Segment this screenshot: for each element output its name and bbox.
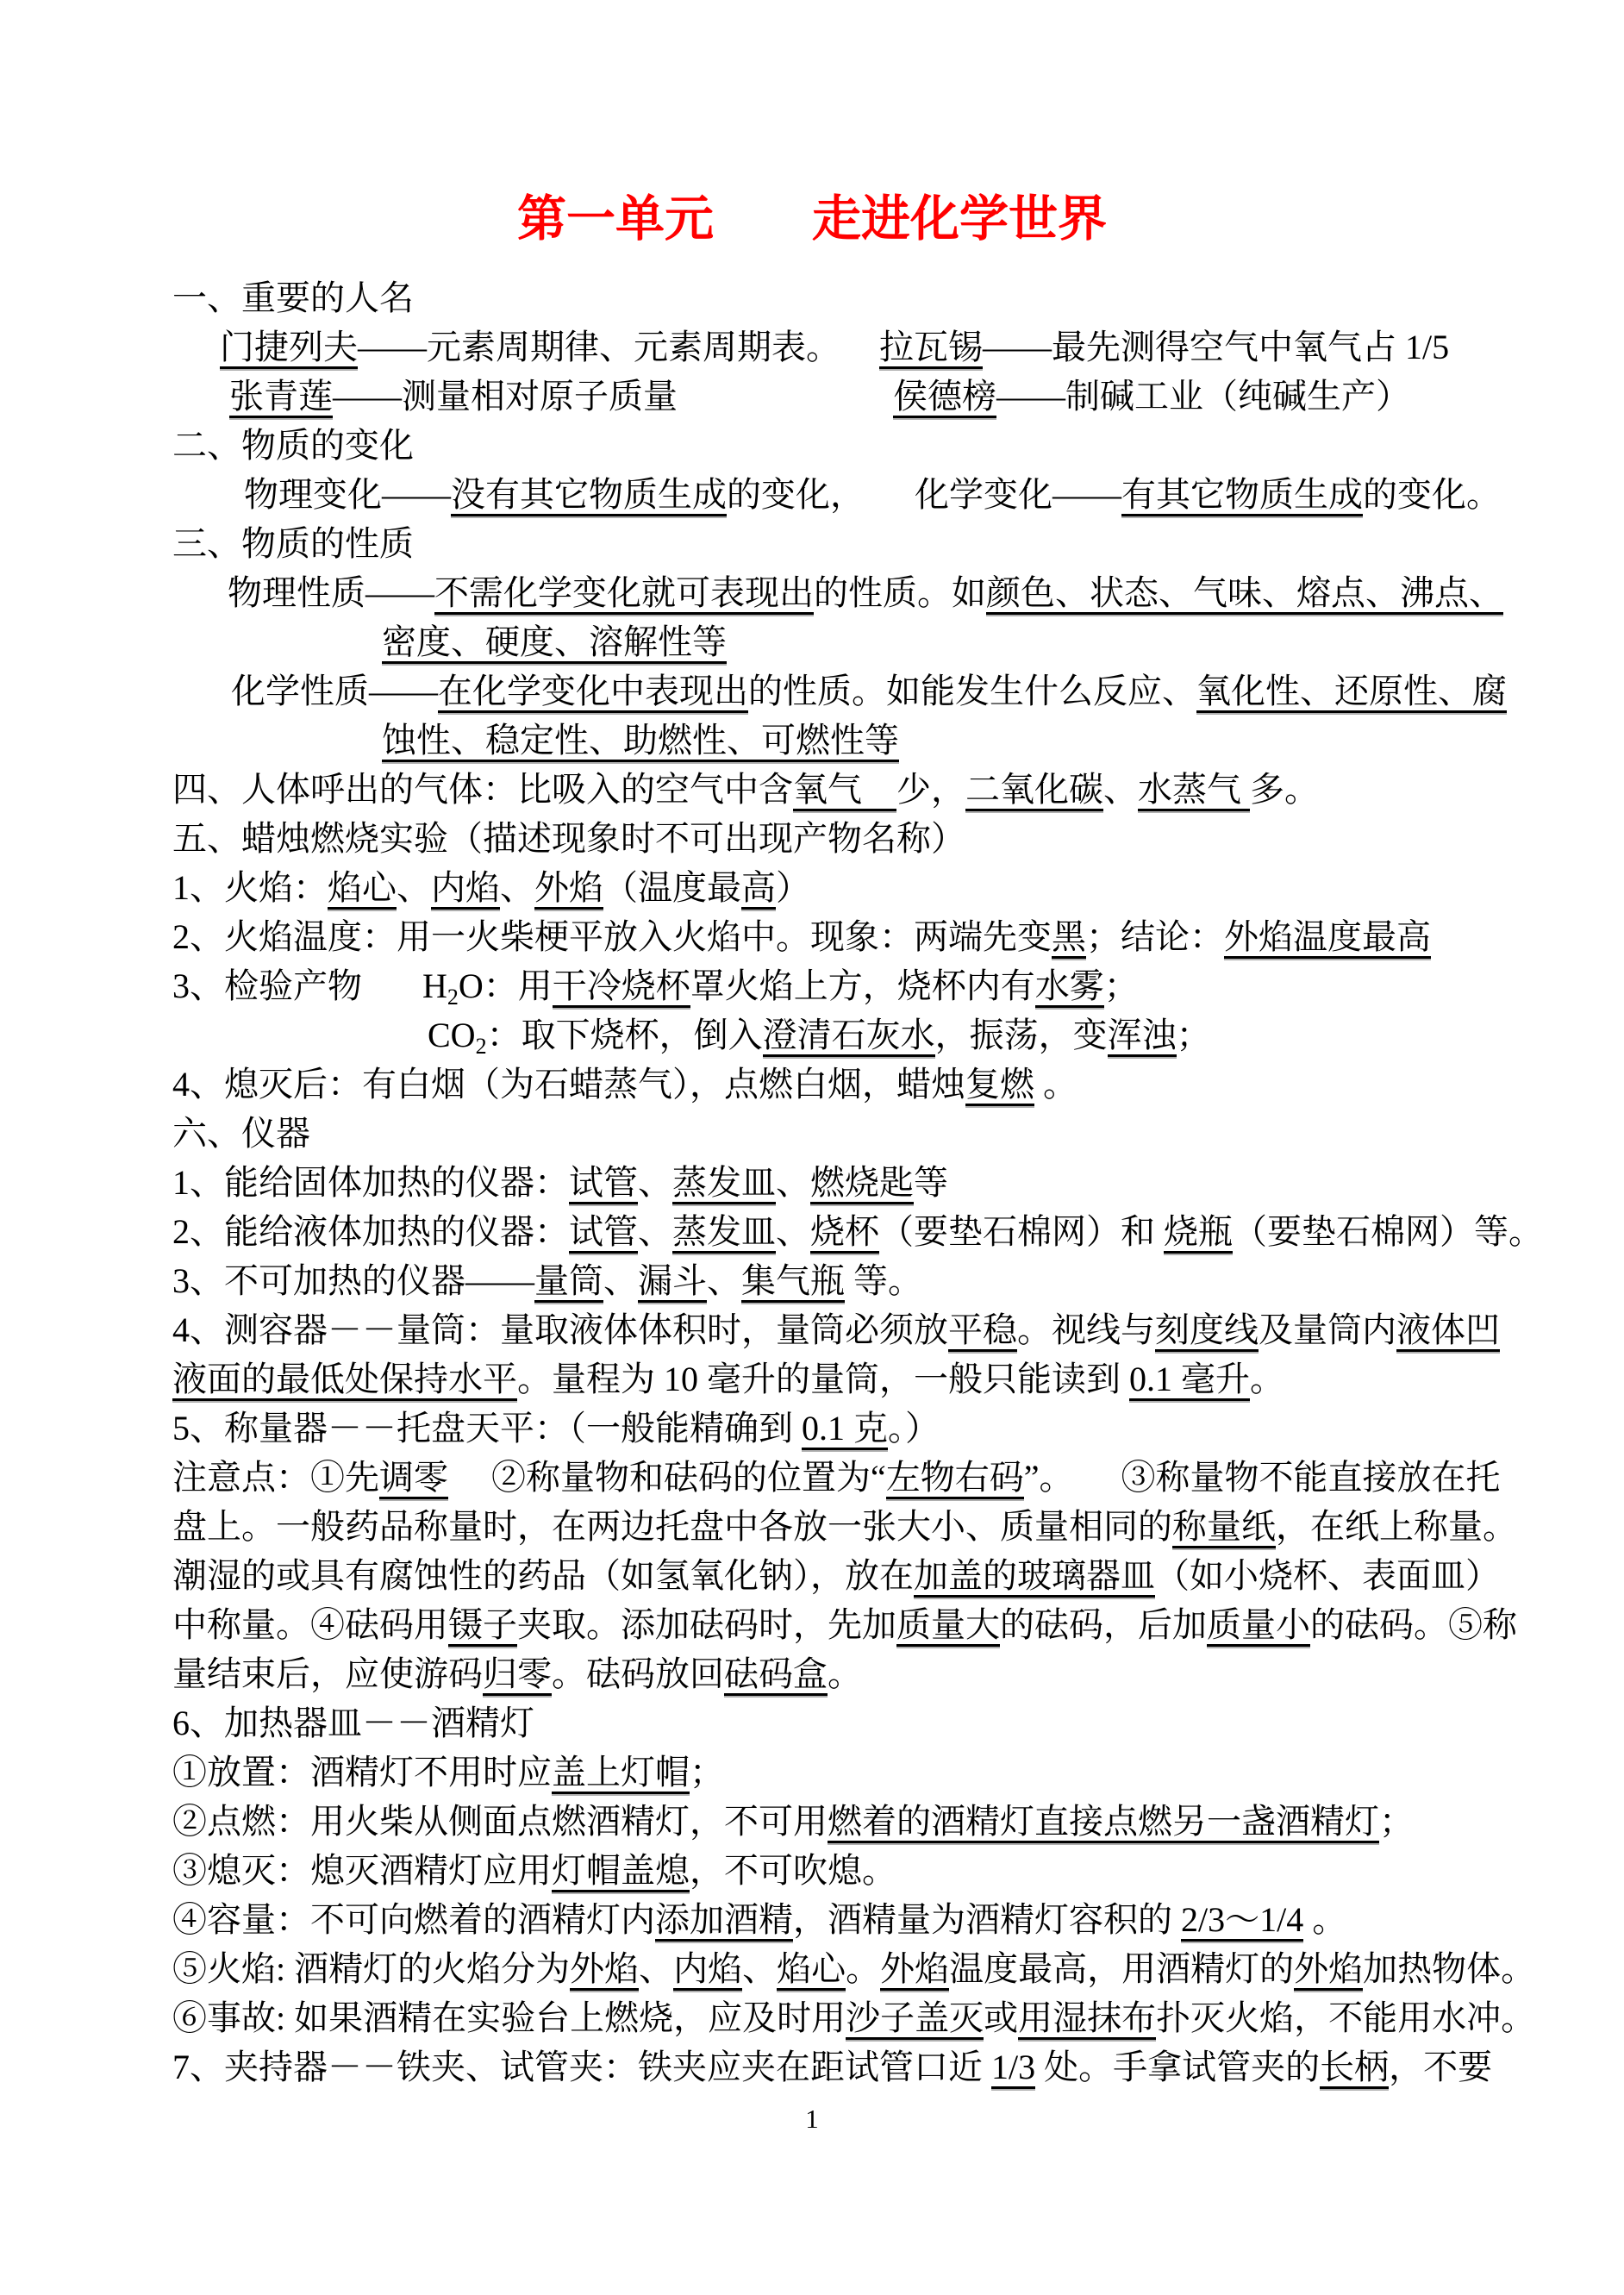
text-line: 量结束后，应使游码归零。砝码放回砝码盒。 — [172, 1649, 1503, 1698]
text-segment: 盘上。一般药品称量时，在两边托盘中各放一张大小、质量相同的 — [172, 1507, 1172, 1546]
text-line: ③熄灭：熄灭酒精灯应用灯帽盖熄，不可吹熄。 — [172, 1846, 1503, 1895]
text-segment: 、 — [603, 1261, 638, 1300]
underlined-text: 浑浊 — [1108, 1016, 1177, 1057]
document-page: 第一单元 走进化学世界 一、重要的人名门捷列夫——元素周期律、元素周期表。拉瓦锡… — [0, 0, 1624, 2295]
text-segment: 7、夹持器－－铁夹、试管夹：铁夹应夹在距试管口近 — [172, 2048, 991, 2086]
underlined-text: 液面的最低处保持水平 — [172, 1360, 517, 1401]
underlined-text: 质量大 — [896, 1605, 1000, 1647]
underlined-text: 蒸发皿 — [672, 1212, 776, 1254]
underlined-text: 氧气 — [793, 770, 896, 811]
text-line: 六、仪器 — [172, 1109, 1503, 1158]
underlined-text: 在化学变化中表现出 — [438, 672, 748, 713]
underlined-text: 焰心 — [328, 868, 397, 910]
underlined-text: 盖上灯帽 — [552, 1753, 690, 1794]
underlined-text: 1/3 — [991, 2048, 1035, 2089]
underlined-text: 有其它物质生成 — [1121, 475, 1363, 516]
underlined-text: 外焰 — [880, 1949, 949, 1991]
text-segment: ） — [776, 868, 810, 907]
text-segment: ，在纸上称量。 — [1276, 1507, 1517, 1546]
text-segment: （要垫石棉网）等。 — [1233, 1212, 1543, 1251]
text-segment: ； — [1177, 1016, 1211, 1054]
text-segment: ⑤火焰: 酒精灯的火焰分为 — [172, 1949, 570, 1988]
text-line: 注意点：①先调零②称量物和砝码的位置为“左物右码”。③称量物不能直接放在托 — [172, 1453, 1503, 1502]
text-segment: 、 — [638, 1212, 672, 1251]
text-segment: 、 — [742, 1949, 777, 1988]
text-segment: 三、物质的性质 — [172, 524, 414, 563]
text-segment: 五、蜡烛燃烧实验（描述现象时不可出现产物名称） — [172, 819, 965, 858]
text-line: 1、能给固体加热的仪器：试管、蒸发皿、燃烧匙等 — [172, 1158, 1503, 1207]
text-line: ④容量：不可向燃着的酒精灯内添加酒精，酒精量为酒精灯容积的 2/3～1/4 。 — [172, 1895, 1503, 1944]
text-segment: ；结论： — [1086, 917, 1224, 956]
text-segment: 、 — [776, 1163, 810, 1202]
text-segment: 。 — [1303, 1900, 1346, 1939]
underlined-text: 刻度线 — [1155, 1310, 1259, 1352]
underlined-text: 水蒸气 — [1138, 770, 1250, 811]
underlined-text: 0.1 毫升 — [1129, 1360, 1250, 1401]
text-segment: ②称量物和砝码的位置为“ — [491, 1458, 886, 1497]
text-segment: ——制碱工业（纯碱生产） — [996, 377, 1410, 416]
text-segment: ①放置：酒精灯不用时应 — [172, 1753, 552, 1792]
underlined-text: 黑 — [1052, 917, 1086, 959]
text-line: 三、物质的性质 — [172, 519, 1503, 568]
text-segment: 注意点：①先 — [172, 1458, 379, 1497]
text-segment: 温度最高，用酒精灯的 — [949, 1949, 1294, 1988]
underlined-text: 内焰 — [431, 868, 500, 910]
text-segment: 化学性质—— — [231, 672, 438, 710]
underlined-text: 左物右码 — [886, 1458, 1024, 1499]
text-segment: 多。 — [1250, 770, 1319, 809]
subscript-text: 2 — [447, 985, 459, 1010]
text-segment: 或 — [984, 1998, 1018, 2037]
text-segment: 的性质。如 — [814, 573, 986, 612]
text-line: 4、熄灭后：有白烟（为石蜡蒸气），点燃白烟，蜡烛复燃 。 — [172, 1060, 1503, 1109]
text-line: 化学性质——在化学变化中表现出的性质。如能发生什么反应、氧化性、还原性、腐 — [172, 666, 1503, 716]
underlined-text: 烧瓶 — [1164, 1212, 1233, 1254]
text-segment: 5、称量器－－托盘天平：（一般能精确到 — [172, 1409, 802, 1448]
underlined-text: 外焰 — [534, 868, 603, 910]
text-segment: 、 — [500, 868, 534, 907]
underlined-text: 侯德榜 — [893, 377, 996, 418]
spacer — [448, 1488, 491, 1489]
text-segment: 。砝码放回 — [552, 1654, 724, 1693]
underlined-text: 复燃 — [965, 1065, 1034, 1106]
text-line: 一、重要的人名 — [172, 273, 1503, 322]
underlined-text: 用湿抹布 — [1018, 1998, 1156, 2040]
text-segment: 。量程为 10 毫升的量筒，一般只能读到 — [517, 1360, 1129, 1398]
text-line: 蚀性、稳定性、助燃性、可燃性等 — [172, 716, 1503, 765]
underlined-text: 称量纸 — [1172, 1507, 1276, 1548]
text-segment: 扑灭火焰，不能用水冲。 — [1156, 1998, 1535, 2037]
underlined-text: 不需化学变化就可表现出 — [434, 573, 814, 615]
underlined-text: 试管 — [569, 1212, 638, 1254]
underlined-text: 镊子 — [448, 1605, 517, 1647]
underlined-text: 试管 — [569, 1163, 638, 1204]
text-line: 2、能给液体加热的仪器：试管、蒸发皿、烧杯（要垫石棉网）和 烧瓶（要垫石棉网）等… — [172, 1207, 1503, 1256]
text-segment: 。视线与 — [1017, 1310, 1155, 1349]
underlined-text: 漏斗 — [638, 1261, 707, 1303]
text-segment: （温度最 — [603, 868, 741, 907]
underlined-text: 内焰 — [673, 1949, 742, 1991]
text-segment: ③称量物不能直接放在托 — [1121, 1458, 1501, 1497]
underlined-text: 烧杯 — [810, 1212, 879, 1254]
text-segment: 。 — [846, 1949, 880, 1988]
text-segment: ，酒精量为酒精灯容积的 — [793, 1900, 1181, 1939]
text-segment: ，不可吹熄。 — [690, 1851, 896, 1890]
text-segment: 二、物质的变化 — [172, 426, 414, 465]
underlined-text: 蒸发皿 — [672, 1163, 776, 1204]
text-line: 张青莲——测量相对原子质量侯德榜——制碱工业（纯碱生产） — [172, 372, 1503, 421]
text-segment: 、 — [638, 1163, 672, 1202]
text-segment: 。 — [828, 1654, 862, 1693]
underlined-text: 澄清石灰水 — [763, 1016, 935, 1057]
underlined-text: 外焰 — [570, 1949, 639, 1991]
underlined-text: 没有其它物质生成 — [451, 475, 727, 516]
text-line: 1、火焰：焰心、内焰、外焰（温度最高） — [172, 863, 1503, 912]
text-line: 四、人体呼出的气体：比吸入的空气中含氧气 少，二氧化碳、水蒸气 多。 — [172, 765, 1503, 814]
underlined-text: 高 — [741, 868, 776, 910]
text-segment: ； — [1379, 1802, 1414, 1841]
text-segment: ——测量相对原子质量 — [333, 377, 678, 416]
text-line: 5、称量器－－托盘天平：（一般能精确到 0.1 克。） — [172, 1404, 1503, 1453]
text-line: 3、检验产物H2O：用干冷烧杯罩火焰上方，烧杯内有水雾； — [172, 961, 1503, 1010]
text-segment: 4、熄灭后：有白烟（为石蜡蒸气），点燃白烟，蜡烛 — [172, 1065, 965, 1104]
page-title: 第一单元 走进化学世界 — [0, 0, 1624, 254]
text-segment: 化学变化—— — [915, 475, 1121, 514]
text-segment: 物理变化—— — [244, 475, 451, 514]
text-segment: 等 — [914, 1163, 948, 1202]
text-segment: 一、重要的人名 — [172, 278, 414, 317]
underlined-text: 二氧化碳 — [965, 770, 1103, 811]
text-segment: 、 — [639, 1949, 673, 1988]
text-segment: 处。手拿试管夹的 — [1035, 2048, 1320, 2086]
text-segment: ：取下烧杯，倒入 — [487, 1016, 763, 1054]
underlined-text: 燃烧匙 — [810, 1163, 914, 1204]
text-segment: 2、能给液体加热的仪器： — [172, 1212, 569, 1251]
underlined-text: 砝码盒 — [724, 1654, 828, 1696]
page-number: 1 — [0, 2102, 1624, 2136]
spacer — [840, 358, 879, 359]
underlined-text: 沙子盖灭 — [846, 1998, 984, 2040]
text-segment: （如小烧杯、表面皿） — [1155, 1556, 1500, 1595]
text-segment: 的变化， — [727, 475, 865, 514]
spacer — [362, 997, 422, 997]
text-segment: 、 — [1103, 770, 1138, 809]
text-line: ⑤火焰: 酒精灯的火焰分为外焰、内焰、焰心。外焰温度最高，用酒精灯的外焰加热物体… — [172, 1944, 1503, 1993]
underlined-text: 灯帽盖熄 — [552, 1851, 690, 1892]
text-segment: ——最先测得空气中氧气占 1/5 — [983, 328, 1449, 366]
underlined-text: 燃着的酒精灯直接点燃另一盏酒精灯 — [828, 1802, 1379, 1843]
spacer — [1074, 1488, 1121, 1489]
text-segment: ，振荡，变 — [935, 1016, 1108, 1054]
underlined-text: 长柄 — [1320, 2048, 1389, 2089]
text-segment: 的砝码。⑤称 — [1310, 1605, 1517, 1644]
text-line: 门捷列夫——元素周期律、元素周期表。拉瓦锡——最先测得空气中氧气占 1/5 — [172, 322, 1503, 372]
text-segment: 4、测容器－－量筒：量取液体体积时，量筒必须放 — [172, 1310, 948, 1349]
underlined-text: 外焰 — [1294, 1949, 1363, 1991]
text-segment: 。 — [1034, 1065, 1077, 1104]
text-line: 7、夹持器－－铁夹、试管夹：铁夹应夹在距试管口近 1/3 处。手拿试管夹的长柄，… — [172, 2042, 1503, 2092]
text-segment: 物理性质—— — [228, 573, 434, 612]
text-line: 中称量。④砝码用镊子夹取。添加砝码时，先加质量大的砝码，后加质量小的砝码。⑤称 — [172, 1600, 1503, 1649]
text-segment: 1、能给固体加热的仪器： — [172, 1163, 569, 1202]
underlined-text: 氧化性、还原性、腐 — [1196, 672, 1507, 713]
text-line: CO2：取下烧杯，倒入澄清石灰水，振荡，变浑浊； — [172, 1010, 1503, 1060]
text-segment: 四、人体呼出的气体：比吸入的空气中含 — [172, 770, 793, 809]
text-line: 潮湿的或具有腐蚀性的药品（如氢氧化钠），放在加盖的玻璃器皿（如小烧杯、表面皿） — [172, 1551, 1503, 1600]
text-segment: 量结束后，应使游码 — [172, 1654, 483, 1693]
underlined-text: 质量小 — [1207, 1605, 1310, 1647]
underlined-text: 外焰温度最高 — [1224, 917, 1431, 959]
text-segment: 少， — [896, 770, 965, 809]
text-line: 3、不可加热的仪器——量筒、漏斗、集气瓶 等。 — [172, 1256, 1503, 1305]
text-line: 二、物质的变化 — [172, 421, 1503, 470]
text-segment: 。 — [1250, 1360, 1284, 1398]
text-segment: 加热物体。 — [1363, 1949, 1535, 1988]
text-line: ②点燃：用火柴从侧面点燃酒精灯，不可用燃着的酒精灯直接点燃另一盏酒精灯； — [172, 1797, 1503, 1846]
underlined-text: 0.1 克 — [802, 1409, 888, 1450]
underlined-text: 水雾 — [1035, 966, 1104, 1008]
text-segment: 罩火焰上方，烧杯内有 — [690, 966, 1035, 1005]
text-segment: H — [422, 966, 447, 1005]
text-line: 6、加热器皿－－酒精灯 — [172, 1698, 1503, 1748]
text-segment: 、 — [707, 1261, 741, 1300]
text-segment: 夹取。添加砝码时，先加 — [517, 1605, 896, 1644]
text-segment: 等。 — [845, 1261, 922, 1300]
text-line: 五、蜡烛燃烧实验（描述现象时不可出现产物名称） — [172, 814, 1503, 863]
underlined-text: 干冷烧杯 — [553, 966, 690, 1008]
text-segment: ； — [690, 1753, 724, 1792]
underlined-text: 张青莲 — [229, 377, 333, 418]
text-segment: 的性质。如能发生什么反应、 — [748, 672, 1196, 710]
text-segment: ； — [1104, 966, 1139, 1005]
subscript-text: 2 — [476, 1034, 487, 1059]
underlined-text: 归零 — [483, 1654, 552, 1696]
text-segment: ”。 — [1024, 1458, 1074, 1497]
text-segment: 中称量。④砝码用 — [172, 1605, 448, 1644]
text-segment: 的砝码，后加 — [1000, 1605, 1207, 1644]
text-segment: 六、仪器 — [172, 1114, 310, 1153]
text-line: 密度、硬度、溶解性等 — [172, 617, 1503, 666]
underlined-text: 量筒 — [534, 1261, 603, 1303]
text-line: 液面的最低处保持水平。量程为 10 毫升的量筒，一般只能读到 0.1 毫升。 — [172, 1354, 1503, 1404]
text-segment: 3、检验产物 — [172, 966, 362, 1005]
document-body: 一、重要的人名门捷列夫——元素周期律、元素周期表。拉瓦锡——最先测得空气中氧气占… — [0, 273, 1624, 2092]
text-segment: 、 — [776, 1212, 810, 1251]
text-segment: 。） — [888, 1409, 940, 1448]
underlined-text: 调零 — [379, 1458, 448, 1499]
text-segment: 1、火焰： — [172, 868, 328, 907]
text-line: 盘上。一般药品称量时，在两边托盘中各放一张大小、质量相同的称量纸，在纸上称量。 — [172, 1502, 1503, 1551]
underlined-text: 门捷列夫 — [220, 328, 358, 369]
text-segment: CO — [428, 1016, 476, 1054]
underlined-text: 2/3～1/4 — [1181, 1900, 1303, 1942]
underlined-text: 颜色、状态、气味、熔点、沸点、 — [986, 573, 1503, 615]
underlined-text: 添加酒精 — [655, 1900, 793, 1942]
text-segment: 及量筒内 — [1259, 1310, 1396, 1349]
spacer — [865, 505, 915, 506]
text-segment: 、 — [397, 868, 431, 907]
text-segment: 6、加热器皿－－酒精灯 — [172, 1704, 534, 1742]
text-segment: 的变化。 — [1363, 475, 1501, 514]
text-segment: 2、火焰温度：用一火柴梗平放入火焰中。现象：两端先变 — [172, 917, 1052, 956]
text-segment: （要垫石棉网）和 — [879, 1212, 1164, 1251]
text-line: 4、测容器－－量筒：量取液体体积时，量筒必须放平稳。视线与刻度线及量筒内液体凹 — [172, 1305, 1503, 1354]
text-segment: O：用 — [459, 966, 553, 1005]
text-segment: ②点燃：用火柴从侧面点燃酒精灯，不可用 — [172, 1802, 828, 1841]
underlined-text: 集气瓶 — [741, 1261, 845, 1303]
text-line: 物理性质——不需化学变化就可表现出的性质。如颜色、状态、气味、熔点、沸点、 — [172, 568, 1503, 617]
text-line: ⑥事故: 如果酒精在实验台上燃烧，应及时用沙子盖灭或用湿抹布扑灭火焰，不能用水冲… — [172, 1993, 1503, 2042]
underlined-text: 加盖的玻璃器皿 — [914, 1556, 1155, 1598]
text-line: 物理变化——没有其它物质生成的变化，化学变化——有其它物质生成的变化。 — [172, 470, 1503, 519]
underlined-text: 蚀性、稳定性、助燃性、可燃性等 — [382, 721, 899, 762]
text-segment: 潮湿的或具有腐蚀性的药品（如氢氧化钠），放在 — [172, 1556, 914, 1595]
text-segment: ——元素周期律、元素周期表。 — [358, 328, 840, 366]
underlined-text: 焰心 — [777, 1949, 846, 1991]
spacer — [678, 407, 893, 408]
underlined-text: 液体凹 — [1396, 1310, 1500, 1352]
text-line: ①放置：酒精灯不用时应盖上灯帽； — [172, 1748, 1503, 1797]
text-segment: ⑥事故: 如果酒精在实验台上燃烧，应及时用 — [172, 1998, 846, 2037]
text-segment: ③熄灭：熄灭酒精灯应用 — [172, 1851, 552, 1890]
text-segment: ，不要 — [1389, 2048, 1492, 2086]
underlined-text: 密度、硬度、溶解性等 — [382, 622, 727, 664]
text-line: 2、火焰温度：用一火柴梗平放入火焰中。现象：两端先变黑；结论：外焰温度最高 — [172, 912, 1503, 961]
text-segment: ④容量：不可向燃着的酒精灯内 — [172, 1900, 655, 1939]
underlined-text: 平稳 — [948, 1310, 1017, 1352]
text-segment: 3、不可加热的仪器—— — [172, 1261, 534, 1300]
underlined-text: 拉瓦锡 — [879, 328, 983, 369]
